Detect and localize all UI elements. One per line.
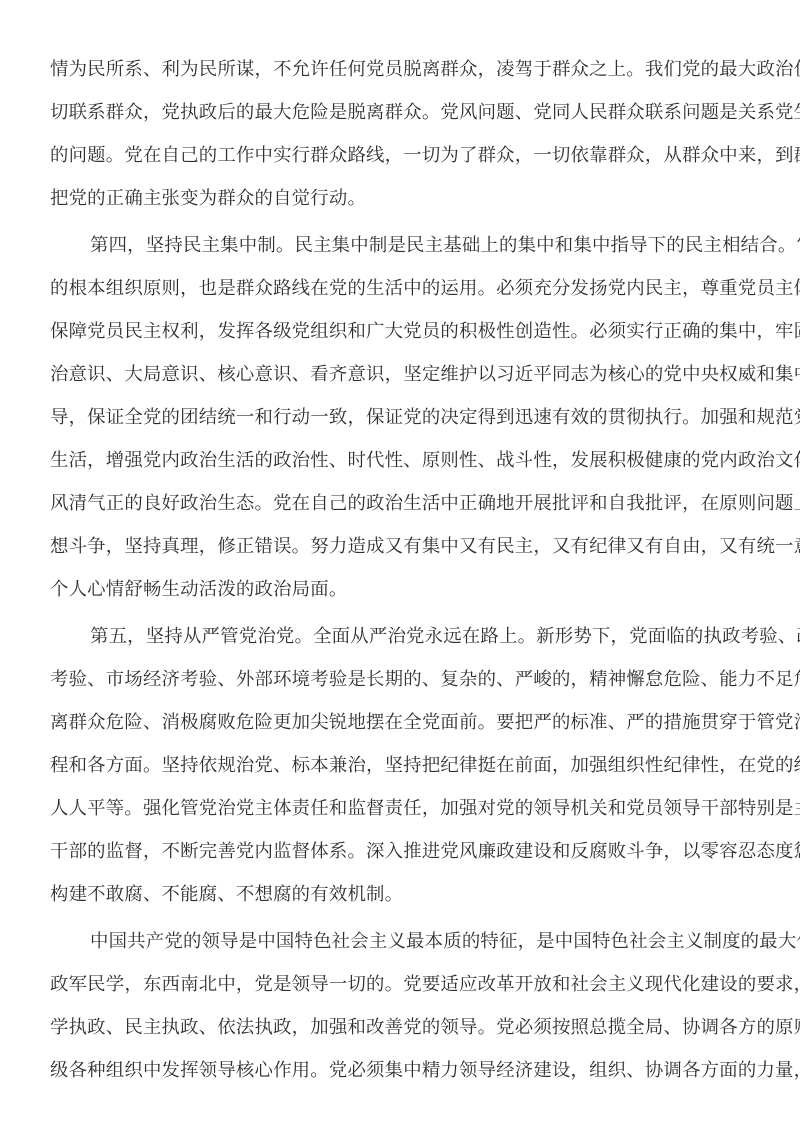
paragraph-party-leadership: 中国共产党的领导是中国特色社会主义最本质的特征，是中国特色社会主义制度的最大优势… <box>50 927 756 1099</box>
text-line: 治意识、大局意识、核心意识、看齐意识，坚定维护以习近平同志为核心的党中央权威和集… <box>50 360 756 403</box>
text-line: 的问题。党在自己的工作中实行群众路线，一切为了群众，一切依靠群众，从群众中来，到… <box>50 141 756 184</box>
text-line: 风清气正的良好政治生态。党在自己的政治生活中正确地开展批评和自我批评，在原则问题… <box>50 489 756 532</box>
paragraph-democratic-centralism: 第四，坚持民主集中制。民主集中制是民主基础上的集中和集中指导下的民主相结合。它既… <box>50 231 756 618</box>
text-line: 情为民所系、利为民所谋，不允许任何党员脱离群众，凌驾于群众之上。我们党的最大政治… <box>50 55 756 98</box>
text-line: 构建不敢腐、不能腐、不想腐的有效机制。 <box>50 880 756 923</box>
text-line: 程和各方面。坚持依规治党、标本兼治，坚持把纪律挺在前面，加强组织性纪律性，在党的… <box>50 751 756 794</box>
paragraph-mass-line: 情为民所系、利为民所谋，不允许任何党员脱离群众，凌驾于群众之上。我们党的最大政治… <box>50 55 756 227</box>
document-body: 情为民所系、利为民所谋，不允许任何党员脱离群众，凌驾于群众之上。我们党的最大政治… <box>50 55 756 1103</box>
document-page: 情为民所系、利为民所谋，不允许任何党员脱离群众，凌驾于群众之上。我们党的最大政治… <box>0 0 800 1131</box>
paragraph-strict-governance: 第五，坚持从严管党治党。全面从严治党永远在路上。新形势下，党面临的执政考验、改革… <box>50 622 756 923</box>
text-line: 级各种组织中发挥领导核心作用。党必须集中精力领导经济建设，组织、协调各方面的力量… <box>50 1056 756 1099</box>
text-line: 人人平等。强化管党治党主体责任和监督责任，加强对党的领导机关和党员领导干部特别是… <box>50 794 756 837</box>
text-line: 生活，增强党内政治生活的政治性、时代性、原则性、战斗性，发展积极健康的党内政治文… <box>50 446 756 489</box>
text-line: 想斗争，坚持真理，修正错误。努力造成又有集中又有民主，又有纪律又有自由，又有统一… <box>50 532 756 575</box>
text-line: 第四，坚持民主集中制。民主集中制是民主基础上的集中和集中指导下的民主相结合。它既… <box>50 231 756 274</box>
text-line: 政军民学，东西南北中，党是领导一切的。党要适应改革开放和社会主义现代化建设的要求… <box>50 970 756 1013</box>
text-line: 中国共产党的领导是中国特色社会主义最本质的特征，是中国特色社会主义制度的最大优势… <box>50 927 756 970</box>
text-line: 的根本组织原则，也是群众路线在党的生活中的运用。必须充分发扬党内民主，尊重党员主… <box>50 274 756 317</box>
text-line: 第五，坚持从严管党治党。全面从严治党永远在路上。新形势下，党面临的执政考验、改革… <box>50 622 756 665</box>
text-line: 导，保证全党的团结统一和行动一致，保证党的决定得到迅速有效的贯彻执行。加强和规范… <box>50 403 756 446</box>
text-line: 考验、市场经济考验、外部环境考验是长期的、复杂的、严峻的，精神懈怠危险、能力不足… <box>50 665 756 708</box>
text-line: 保障党员民主权利，发挥各级党组织和广大党员的积极性创造性。必须实行正确的集中，牢… <box>50 317 756 360</box>
text-line: 学执政、民主执政、依法执政，加强和改善党的领导。党必须按照总揽全局、协调各方的原… <box>50 1013 756 1056</box>
text-line: 把党的正确主张变为群众的自觉行动。 <box>50 184 756 227</box>
text-line: 切联系群众，党执政后的最大危险是脱离群众。党风问题、党同人民群众联系问题是关系党… <box>50 98 756 141</box>
text-line: 干部的监督，不断完善党内监督体系。深入推进党风廉政建设和反腐败斗争，以零容忍态度… <box>50 837 756 880</box>
text-line: 离群众危险、消极腐败危险更加尖锐地摆在全党面前。要把严的标准、严的措施贯穿于管党… <box>50 708 756 751</box>
text-line: 个人心情舒畅生动活泼的政治局面。 <box>50 575 756 618</box>
